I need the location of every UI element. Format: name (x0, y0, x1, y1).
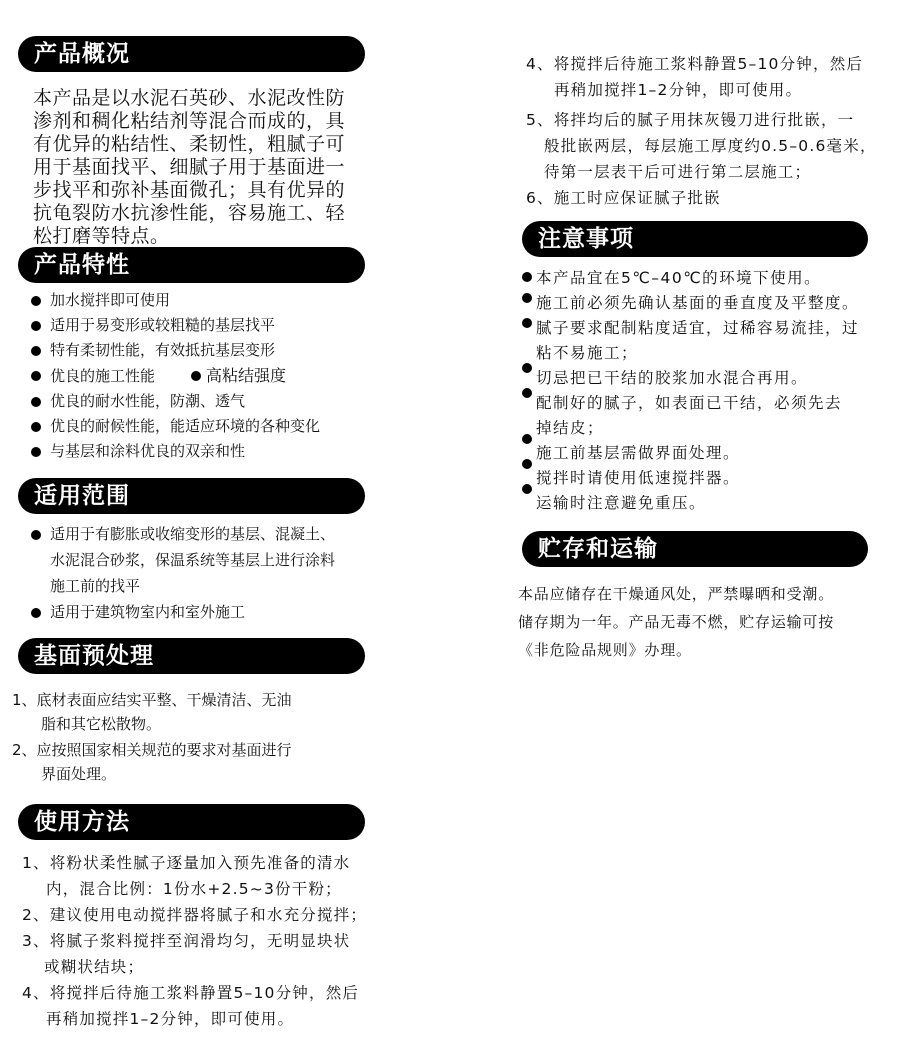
section-header-features: 产品特性 (18, 247, 365, 283)
overview-line: 步找平和弥补基面微孔；具有优异的 (33, 179, 373, 202)
scope-item: 适用于建筑物室内和室外施工 (31, 599, 391, 625)
usage-item: 4、将搅拌后待施工浆料静置5–10分钟，然后 再稍加搅拌1–2分钟，即可使用。 (22, 980, 402, 1032)
bullet-icon (31, 296, 41, 306)
overview-line: 本产品是以水泥石英砂、水泥改性防 (33, 87, 373, 110)
storage-line: 本品应储存在干燥通风处，严禁曝晒和受潮。 (518, 580, 888, 608)
surface-prep-item: 1、底材表面应结实平整、干燥清洁、无油 脂和其它松散物。 (12, 688, 372, 736)
usage-item: 1、将粉状柔性腻子逐量加入预先准备的清水 内，混合比例：1份水+2.5~3份干粉… (22, 850, 402, 902)
bullet-icon (191, 371, 201, 381)
feature-item: 优良的施工性能高粘结强度 (31, 363, 391, 389)
overview-line: 用于基面找平、细腻子用于基面进一 (33, 156, 373, 179)
bullet-icon (31, 371, 41, 381)
bullet-icon (31, 447, 41, 457)
note-item: 切忌把已干结的胶浆加水混合再用。 (522, 366, 892, 391)
usage-list: 1、将粉状柔性腻子逐量加入预先准备的清水 内，混合比例：1份水+2.5~3份干粉… (22, 850, 402, 1032)
note-item: 施工前基层需做界面处理。 (522, 441, 892, 466)
bullet-icon (31, 422, 41, 432)
usage-continued-list: 4、将搅拌后待施工浆料静置5–10分钟，然后 再稍加搅拌1–2分钟，即可使用。 … (526, 51, 896, 211)
overview-paragraph: 本产品是以水泥石英砂、水泥改性防 渗剂和稠化粘结剂等混合而成的，具 有优异的粘结… (33, 87, 373, 248)
section-header-surface-prep: 基面预处理 (18, 638, 365, 674)
bullet-icon (31, 397, 41, 407)
feature-item: 特有柔韧性能，有效抵抗基层变形 (31, 338, 391, 363)
section-header-usage: 使用方法 (18, 804, 365, 840)
overview-line: 有优异的粘结性、柔韧性，粗腻子可 (33, 133, 373, 156)
bullet-icon (522, 388, 532, 398)
feature-item: 优良的耐水性能，防潮、透气 (31, 389, 391, 414)
usage-item: 6、施工时应保证腻子批嵌 (526, 185, 896, 211)
note-item: 本产品宜在5℃–40℃的环境下使用。 (522, 266, 892, 291)
bullet-icon (522, 484, 532, 494)
overview-line: 渗剂和稠化粘结剂等混合而成的，具 (33, 110, 373, 133)
bullet-icon (31, 530, 41, 540)
section-header-storage: 贮存和运输 (522, 531, 868, 567)
bullet-icon (522, 434, 532, 444)
note-item: 配制好的腻子，如表面已干结，必须先去 掉结皮； (522, 391, 892, 441)
bullet-icon (31, 608, 41, 618)
bullet-icon (522, 459, 532, 469)
bullet-icon (31, 321, 41, 331)
overview-line: 抗龟裂防水抗渗性能，容易施工、轻 (33, 202, 373, 225)
note-item: 施工前必须先确认基面的垂直度及平整度。 (522, 291, 892, 316)
bullet-icon (522, 363, 532, 373)
bullet-icon (522, 318, 532, 328)
section-header-notes: 注意事项 (522, 221, 868, 257)
surface-prep-item: 2、应按照国家相关规范的要求对基面进行 界面处理。 (12, 738, 372, 786)
usage-item: 5、将拌均后的腻子用抹灰镘刀进行批嵌，一 般批嵌两层，每层施工厚度约0.5–0.… (526, 107, 896, 185)
feature-item: 优良的耐候性能，能适应环境的各种变化 (31, 414, 391, 439)
scope-list: 适用于有膨胀或收缩变形的基层、混凝土、 水泥混合砂浆，保温系统等基层上进行涂料 … (31, 521, 391, 625)
bullet-icon (522, 293, 532, 303)
note-item: 运输时注意避免重压。 (522, 491, 892, 516)
scope-item: 适用于有膨胀或收缩变形的基层、混凝土、 水泥混合砂浆，保温系统等基层上进行涂料 … (31, 521, 391, 599)
surface-prep-list: 1、底材表面应结实平整、干燥清洁、无油 脂和其它松散物。 2、应按照国家相关规范… (12, 688, 372, 786)
notes-list: 本产品宜在5℃–40℃的环境下使用。 施工前必须先确认基面的垂直度及平整度。 腻… (522, 266, 892, 516)
note-item: 腻子要求配制粘度适宜，过稀容易流挂，过 粘不易施工； (522, 316, 892, 366)
overview-line: 松打磨等特点。 (33, 225, 373, 248)
features-list: 加水搅拌即可使用 适用于易变形或较粗糙的基层找平 特有柔韧性能，有效抵抗基层变形… (31, 288, 391, 464)
note-item: 搅拌时请使用低速搅拌器。 (522, 466, 892, 491)
storage-line: 《非危险品规则》办理。 (518, 636, 888, 664)
feature-item: 加水搅拌即可使用 (31, 288, 391, 313)
bullet-icon (31, 346, 41, 356)
usage-item: 2、建议使用电动搅拌器将腻子和水充分搅拌； (22, 902, 402, 928)
feature-item: 与基层和涂料优良的双亲和性 (31, 439, 391, 464)
section-header-overview: 产品概况 (18, 36, 365, 72)
storage-paragraph: 本品应储存在干燥通风处，严禁曝晒和受潮。 储存期为一年。产品无毒不燃，贮存运输可… (518, 580, 888, 664)
storage-line: 储存期为一年。产品无毒不燃，贮存运输可按 (518, 608, 888, 636)
usage-item: 3、将腻子浆料搅拌至润滑均匀，无明显块状 或糊状结块； (22, 928, 402, 980)
usage-item: 4、将搅拌后待施工浆料静置5–10分钟，然后 再稍加搅拌1–2分钟，即可使用。 (526, 51, 896, 103)
bullet-icon (522, 272, 532, 282)
section-header-scope: 适用范围 (18, 478, 365, 514)
feature-item: 适用于易变形或较粗糙的基层找平 (31, 313, 391, 338)
